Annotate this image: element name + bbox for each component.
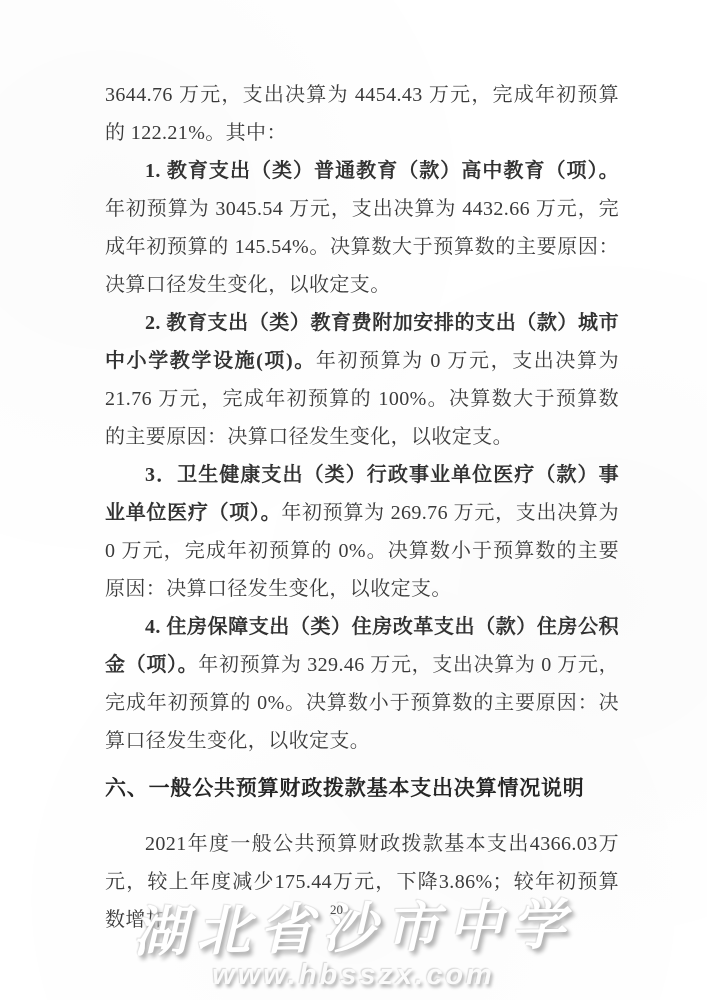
- page-number: 20: [330, 902, 343, 918]
- budget-item-1: 1. 教育支出（类）普通教育（款）高中教育（项）。年初预算为 3045.54 万…: [105, 152, 619, 304]
- budget-item-4: 4. 住房保障支出（类）住房改革支出（款）住房公积金（项）。年初预算为 329.…: [105, 608, 619, 760]
- budget-item-1-detail: 年初预算为 3045.54 万元，支出决算为 4432.66 万元，完成年初预算…: [105, 198, 619, 296]
- document-page: 3644.76 万元，支出决算为 4454.43 万元，完成年初预算的 122.…: [0, 0, 707, 1000]
- budget-item-3: 3．卫生健康支出（类）行政事业单位医疗（款）事业单位医疗（项）。年初预算为 26…: [105, 456, 619, 608]
- budget-item-1-title: 1. 教育支出（类）普通教育（款）高中教育（项）。: [145, 160, 619, 182]
- section-six-heading: 六、一般公共预算财政拨款基本支出决算情况说明: [105, 770, 619, 808]
- watermark-website: www.hbsszx.com: [0, 959, 707, 992]
- intro-paragraph: 3644.76 万元，支出决算为 4454.43 万元，完成年初预算的 122.…: [105, 76, 619, 152]
- document-content: 3644.76 万元，支出决算为 4454.43 万元，完成年初预算的 122.…: [105, 76, 619, 939]
- closing-paragraph: 2021年度一般公共预算财政拨款基本支出4366.03万元，较上年度减少175.…: [105, 825, 619, 939]
- closing-paragraph-text: 2021年度一般公共预算财政拨款基本支出4366.03万元，较上年度减少175.…: [105, 833, 619, 931]
- budget-item-2: 2. 教育支出（类）教育费附加安排的支出（款）城市中小学教学设施(项)。年初预算…: [105, 304, 619, 456]
- intro-paragraph-text: 3644.76 万元，支出决算为 4454.43 万元，完成年初预算的 122.…: [105, 84, 619, 144]
